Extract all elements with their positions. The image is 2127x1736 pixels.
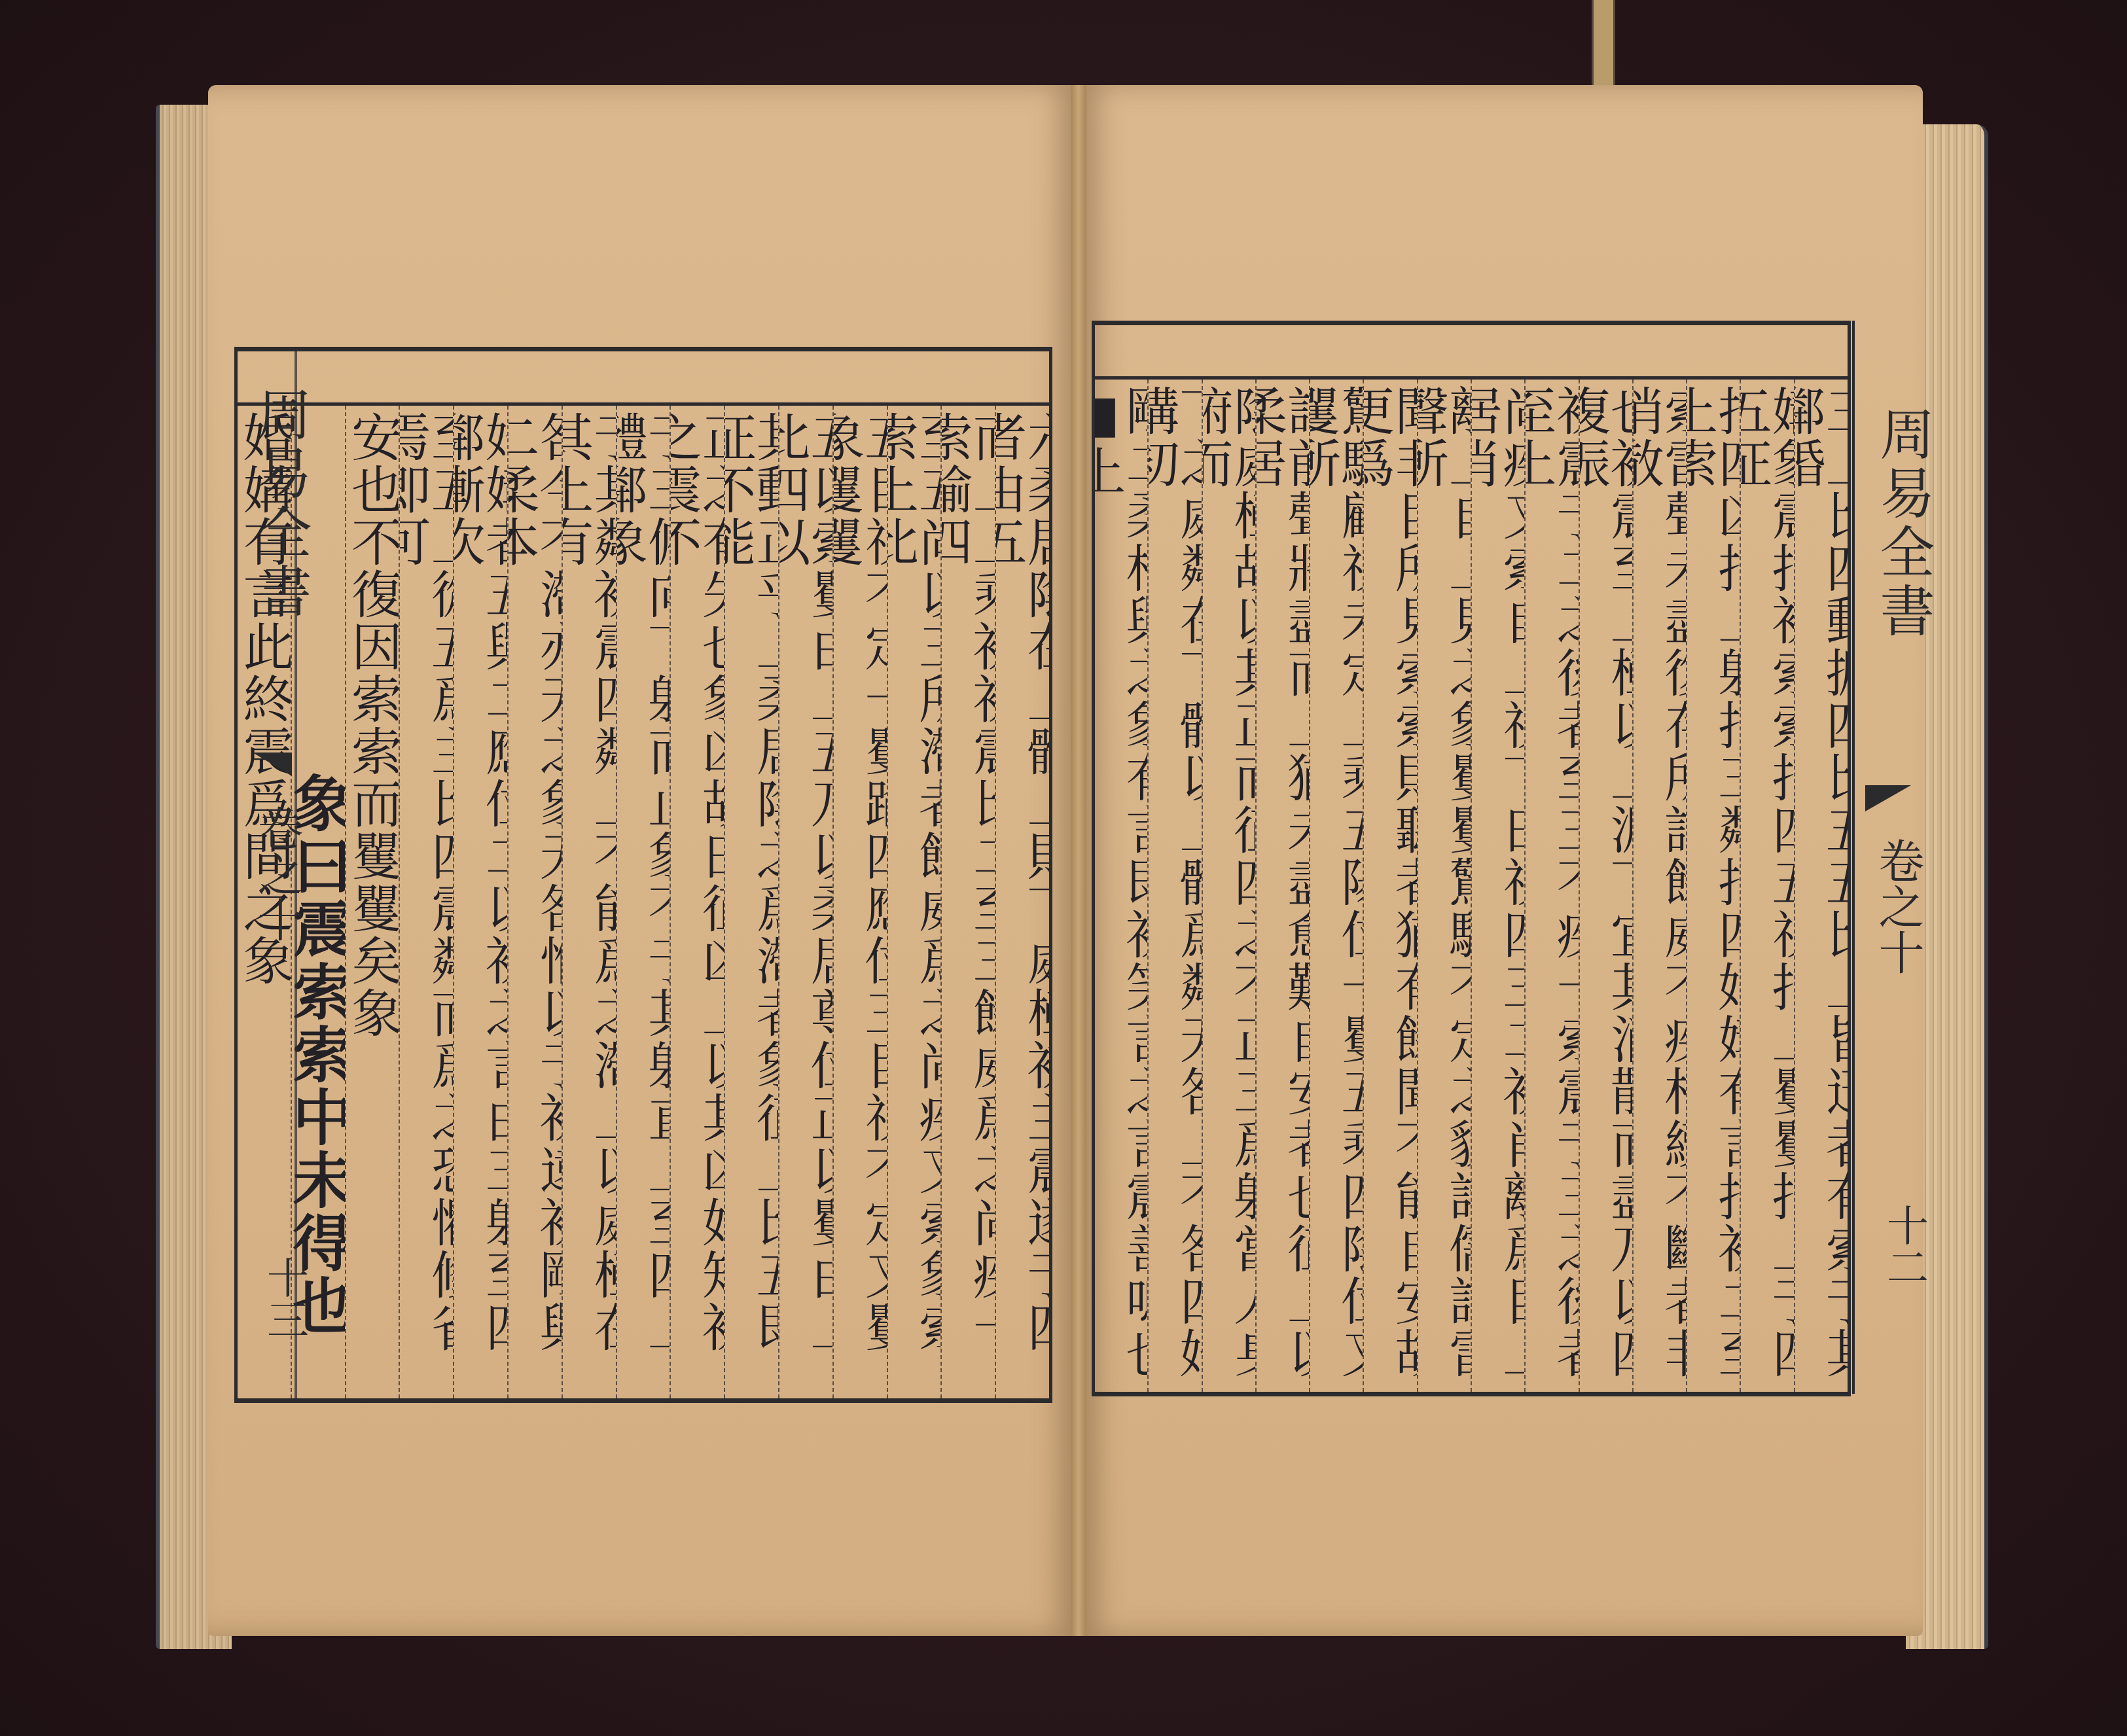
right-page-text-frame: 三上比四動振四比五五比上皆迅者有索于其鄰婚 媾象震指初索索指四五視指上矍矍指上于… — [1092, 321, 1851, 1396]
left-margin-volume: 卷之十 — [244, 805, 310, 942]
left-header-band — [238, 351, 1049, 406]
right-margin-rule — [1852, 321, 1855, 1394]
text-column: 至五尚以三所滯者餘威爲之尚疾又索象索索上比 — [887, 406, 941, 1398]
text-column: 聞非目所見索索則聽者猶有餘聞不能自安故更爲 — [1363, 380, 1416, 1392]
right-text-columns: 三上比四動振四比五五比上皆迅者有索于其鄰婚 媾象震指初索索指四五視指上矍矍指上于… — [1095, 380, 1848, 1392]
text-column: 咎今不滯亦无之象无咎惟以于初遠初剛與二柔本 — [507, 406, 562, 1398]
left-margin-book-title: 周易全書 — [241, 386, 320, 622]
text-column: 其動正乎上柔居陰之爲滯者象征上比五即征不能 — [724, 406, 778, 1398]
open-book: 六柔居陰在上體上則下處極初主震遂于四者由五 而上上乘初初震比二至三餘威爲之尚疾一… — [156, 79, 1988, 1662]
text-column: 也初震至上極以上泥下宜其消散而盡乃以四復振 — [1579, 380, 1632, 1392]
text-column: 離上自上見之象矍矍驚駭不定之貌諸儒謂雷聲所 — [1417, 380, 1471, 1392]
text-column: 三上比四動振四比五五比上皆迅者有索于其鄰婚 — [1794, 380, 1848, 1392]
left-text-columns: 六柔居陰在上體上則下處極初主震遂于四者由五 而上上乘初初震比二至三餘威爲之尚疾一… — [238, 406, 1049, 1398]
text-column: 至五上從五爲主比四震鄰而爲之恐懼修省焉即可 — [399, 406, 453, 1398]
text-column: 于三俯向下躬而止象不于其躬直上至四上體鄰象 — [616, 406, 670, 1398]
text-column: 驚駭顧視未定上乘五陽位一矍五乘四陰位又矍所 — [1309, 380, 1363, 1392]
right-margin-book-title: 周易全書 — [1864, 406, 1943, 641]
text-column: 指四凶指上躬指三鄰指四婚媾有言指初二至上索 — [1686, 380, 1740, 1392]
text-column: 六柔居陰在上體上則下處極初主震遂于四者由五 — [995, 406, 1049, 1398]
text-column: 尚疾又索自上視下曰視四三二初肖離爲目上居肖 — [1471, 380, 1524, 1392]
text-column: 陰處極故以其正而征四之不正三爲躬當人身俯而 — [1202, 380, 1255, 1392]
bookmark-ribbon — [1592, 0, 1615, 85]
text-column: 而上上乘初初震比二至三餘威爲之尚疾一索踰四 — [940, 406, 995, 1398]
text-column: 剛二柔相與之象有言即初笑言之言震善鳴也■上 — [1095, 380, 1147, 1392]
text-column: 媾象震指初索索指四五視指上矍矍指上于四五征 — [1740, 380, 1793, 1392]
text-column: 于其鄰初震四鄰上不能爲之滯上以處極在其上有 — [562, 406, 616, 1398]
text-column: 安也不復因索索而矍矍矣象 — [345, 406, 399, 1398]
text-column: 正之有失也象凶故曰征凶上以其凶始知初之震不 — [670, 406, 724, 1398]
right-margin-volume: 卷之十 — [1865, 838, 1931, 975]
text-column: 初震于二之後者至三不疾一索震于三之後者至上 — [1524, 380, 1578, 1392]
left-page-text-frame: 六柔居陰在上體上則下處極初主震遂于四者由五 而上上乘初初震比二至三餘威爲之尚疾一… — [234, 347, 1052, 1403]
text-column: 五目視不定一矍踰四應位三目視不定又矍象矍矍 — [832, 406, 887, 1398]
text-column: 謂前聲將盡而上猶未盡愈難自安者也征上以柔居 — [1255, 380, 1309, 1392]
text-column: 婚媾者五與二應位二以初之言由三躬至四鄰漸次 — [453, 406, 507, 1398]
text-column: 五以索矍由上五乃以柔居尊位正以矍由上比四以 — [778, 406, 832, 1398]
text-column: 索雷聲未盡復存所謂餘威不疾相續不斷者非消散 — [1632, 380, 1686, 1392]
text-column: 下之處鄰在下體以上體爲鄰无咎上不咎四婚媾初 — [1147, 380, 1201, 1392]
right-margin-folio: 十二 — [1874, 1204, 1934, 1288]
book-gutter — [1071, 85, 1086, 1636]
right-header-band — [1095, 325, 1848, 380]
left-margin-folio: 十三 — [254, 1256, 314, 1340]
